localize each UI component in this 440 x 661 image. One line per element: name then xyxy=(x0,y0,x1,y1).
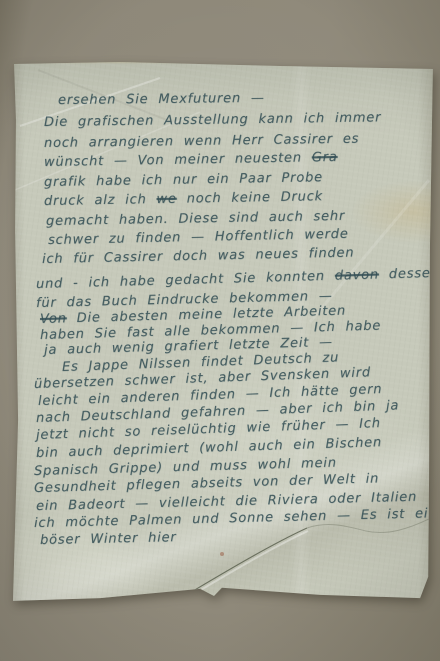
handwriting-layer: ersehen Sie Mexfuturen — Die grafischen … xyxy=(10,60,435,603)
handwritten-line-7: gemacht haben. Diese sind auch sehr xyxy=(46,209,345,229)
handwritten-line-8: schwer zu finden — Hoffentlich werde xyxy=(48,227,349,248)
handwritten-line-10: und - ich habe gedacht Sie konnten davon… xyxy=(36,266,440,292)
paper-shadow-wrap: ersehen Sie Mexfuturen — Die grafischen … xyxy=(10,60,435,603)
letter-paper: ersehen Sie Mexfuturen — Die grafischen … xyxy=(10,60,435,603)
handwritten-line-3: noch arrangieren wenn Herr Cassirer es xyxy=(44,132,359,151)
handwritten-line-1: ersehen Sie Mexfuturen — xyxy=(58,91,265,108)
photo-background: ersehen Sie Mexfuturen — Die grafischen … xyxy=(0,0,440,661)
handwritten-line-9: ich für Cassirer doch was neues finden xyxy=(42,245,355,267)
handwritten-line-6: druck alz ich we noch keine Druck xyxy=(44,189,323,209)
handwritten-line-2: Die grafischen Ausstellung kann ich imme… xyxy=(44,110,381,130)
handwritten-line-4: wünscht — Von meiner neuesten Gra xyxy=(44,150,338,170)
handwritten-line-25: böser Winter hier xyxy=(40,530,177,548)
handwritten-line-5: grafik habe ich nur ein Paar Probe xyxy=(44,170,323,190)
